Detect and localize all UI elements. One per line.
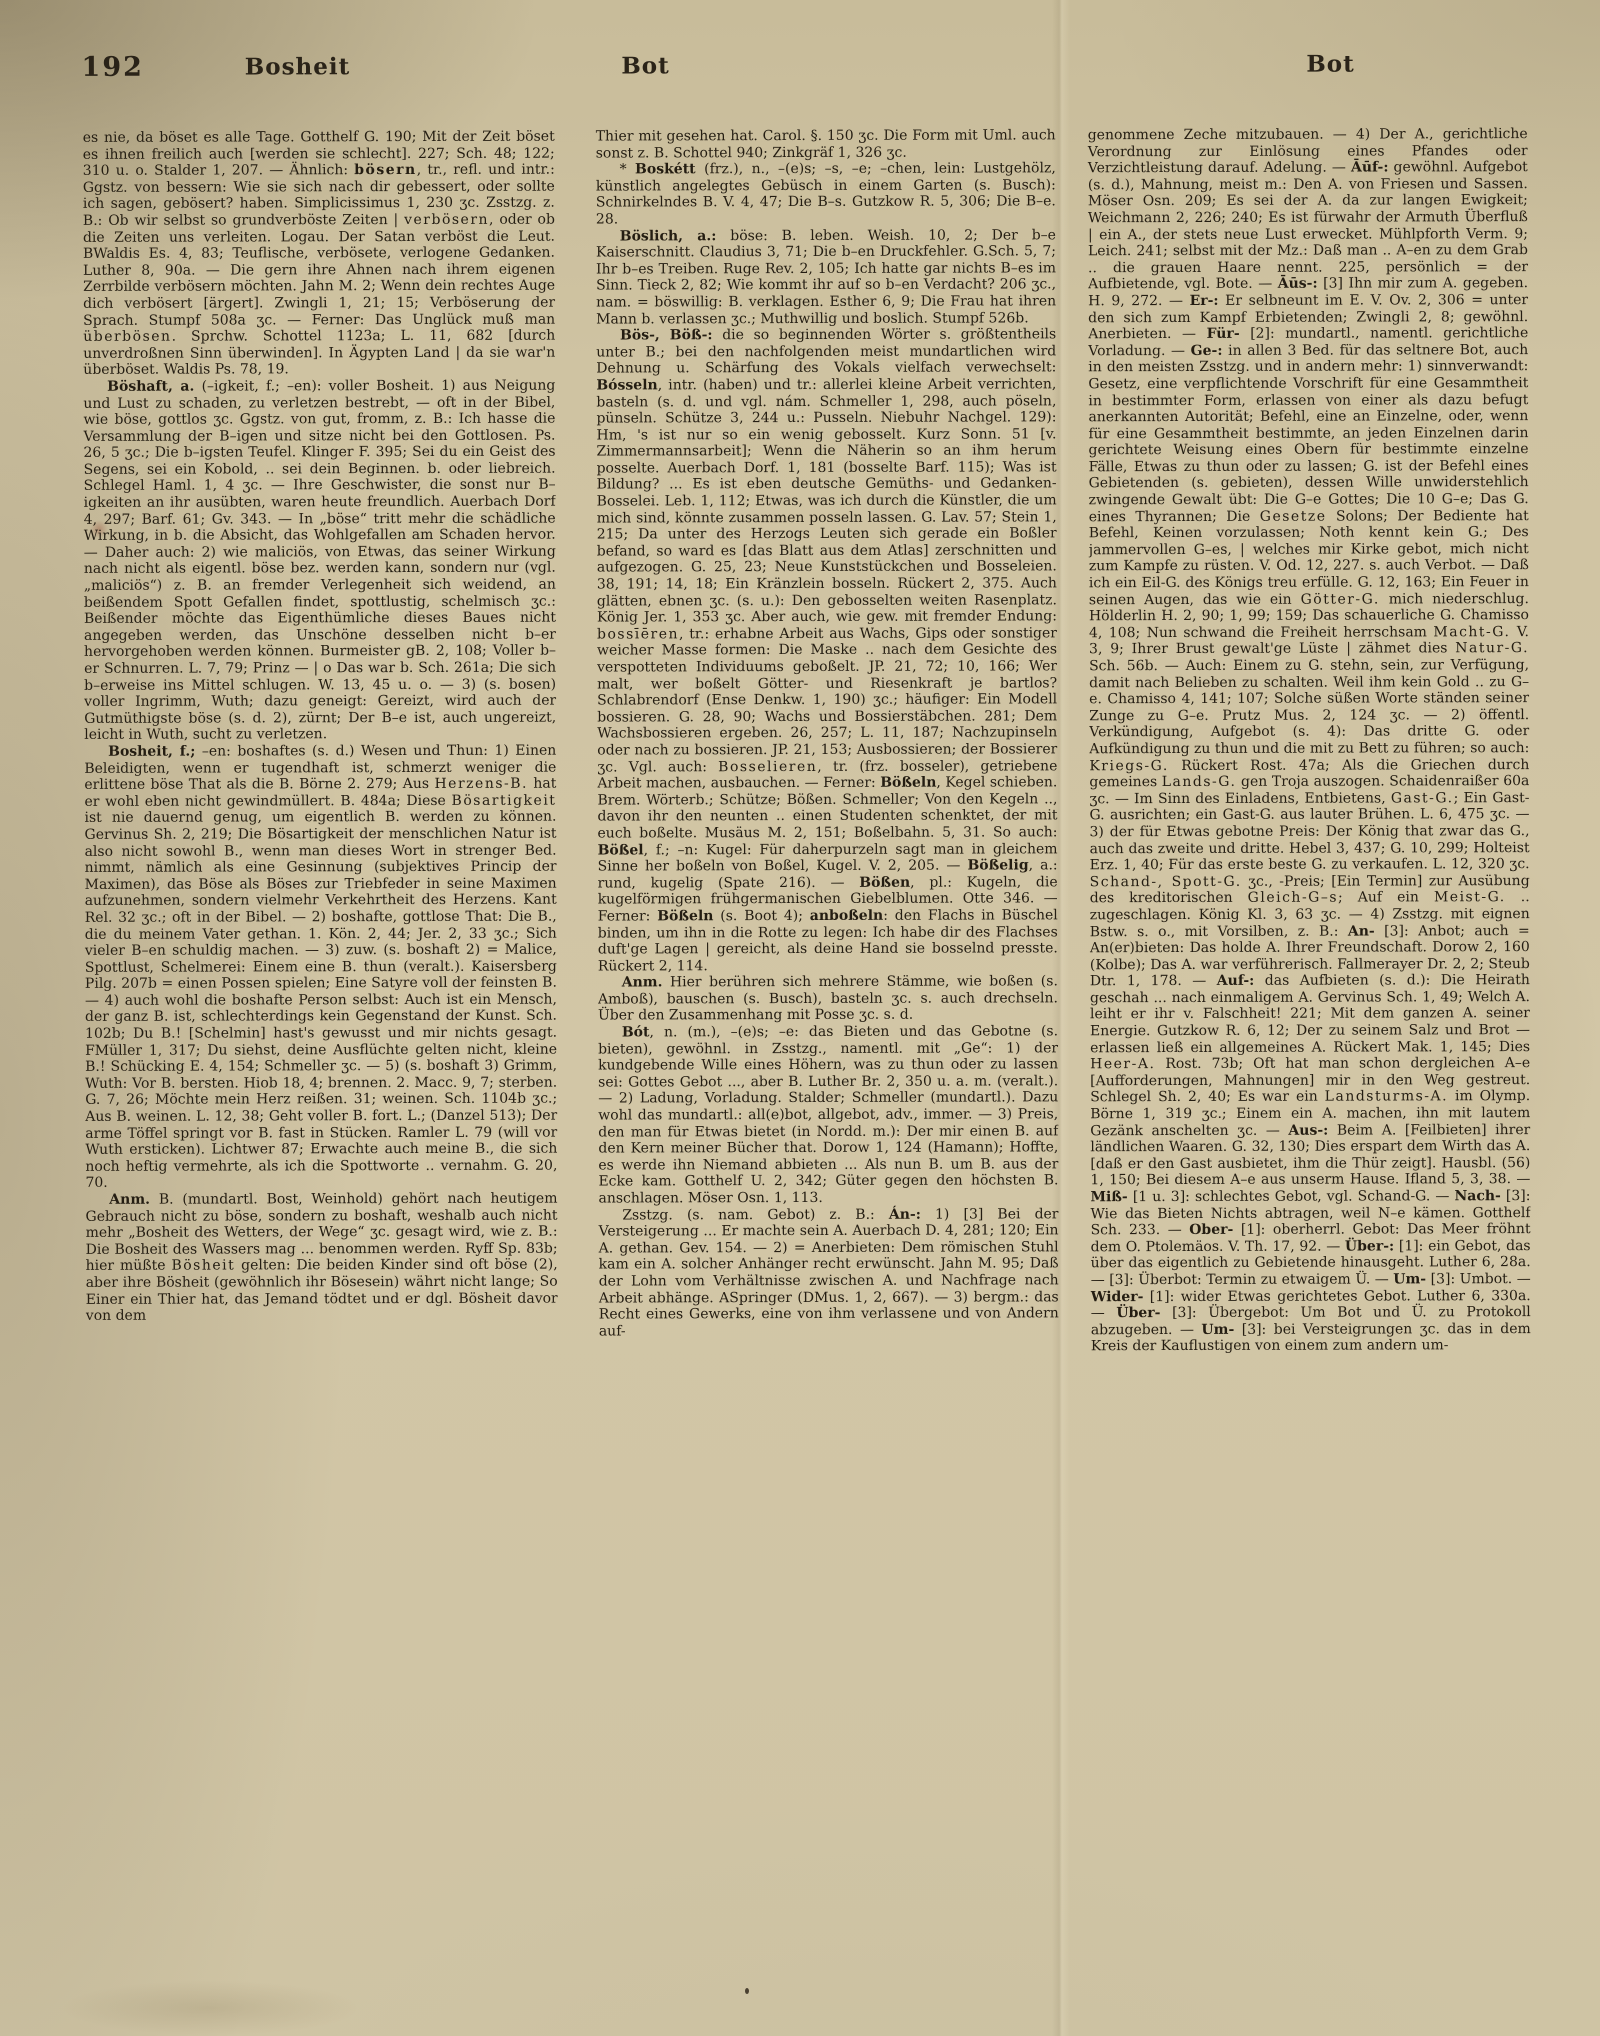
entry-text: Landsturms-A.	[1325, 1089, 1448, 1105]
dictionary-paragraph: Anm. B. (mundartl. Bost, Weinhold) gehör…	[85, 1191, 557, 1325]
entry-headword: Án-:	[889, 1206, 921, 1222]
entry-text: verbösern	[404, 212, 489, 228]
entry-headword: Um-	[1393, 1271, 1426, 1287]
dictionary-paragraph: Böshaft, a. (–igkeit, f.; –en): voller B…	[83, 378, 556, 744]
entry-text: Bösartigkeit	[452, 792, 557, 808]
entry-text: gewöhnl. Aufgebot (s. d.), Mahnung, meis…	[1088, 159, 1528, 292]
ink-speck	[745, 1988, 749, 1994]
entry-text: Gesetze	[1260, 508, 1327, 524]
entry-headword: Ober-	[1189, 1222, 1233, 1238]
entry-headword: Āūs-:	[1278, 276, 1318, 292]
entry-headword: Bößen	[859, 874, 910, 890]
dictionary-paragraph: Thier mit gesehen hat. Carol. §. 150 ʒc.…	[596, 127, 1056, 161]
entry-text: , n. (m.), –(e)s; –e: das Bieten und das…	[598, 1023, 1058, 1206]
dictionary-paragraph: Böslich, a.: böse: B. leben. Weish. 10, …	[596, 227, 1056, 328]
entry-headword: Āūf-:	[1351, 160, 1389, 176]
entry-text: Götter-G.	[1301, 591, 1380, 607]
entry-headword: Bößeln	[657, 908, 713, 924]
entry-headword: Über-:	[1345, 1238, 1394, 1254]
entry-text: Herzens-B.	[434, 776, 528, 792]
dictionary-paragraph: genommene Zeche mitzubauen. — 4) Der A.,…	[1088, 126, 1531, 1355]
entry-headword: Er-:	[1190, 293, 1219, 309]
entry-headword: Für-	[1207, 326, 1240, 342]
entry-text: , tr.: erhabne Arbeit aus Wachs, Gips od…	[597, 625, 1057, 775]
entry-text: bossīēren	[597, 626, 679, 642]
entry-headword: Auf-:	[1217, 973, 1255, 989]
dictionary-paragraph: * Boskétt (frz.), n., –(e)s; –s, –e; –ch…	[596, 161, 1056, 229]
entry-text: Sch. 56b. — Auch: Einem zu G. stehn, sei…	[1089, 657, 1529, 757]
entry-text: Meist-G.	[1434, 889, 1506, 905]
entry-text: , oder ob die Zeiten uns verleiten. Loga…	[83, 212, 555, 329]
entry-headword: Bosheit, f.;	[108, 744, 195, 760]
entry-headword: Anm.	[109, 1192, 150, 1208]
dictionary-paragraph: Anm. Hier berühren sich mehrere Stämme, …	[598, 974, 1058, 1025]
running-head-column-2: Bot	[621, 52, 669, 79]
entry-text: Bosselieren	[718, 759, 817, 775]
entry-text: Gleich-G–s	[1248, 890, 1338, 906]
entry-headword: Bößelig	[967, 858, 1028, 874]
entry-headword: Über-	[1116, 1305, 1160, 1321]
entry-text: *	[620, 162, 636, 178]
entry-text: Lands-G.	[1162, 774, 1237, 790]
entry-text: Natur-G.	[1455, 640, 1529, 656]
entry-headword: Böslich, a.:	[620, 228, 717, 244]
entry-text: ist nie dauernd genug, um eigentlich B. …	[84, 809, 557, 1191]
entry-headword: An-	[1348, 923, 1375, 939]
entry-text: (s. Boot 4);	[713, 908, 809, 924]
entry-headword: Bößel	[598, 842, 644, 858]
entry-text: 1) [3] Bei der Versteigerung ... Er mach…	[599, 1206, 1059, 1339]
entry-headword: Miß-	[1090, 1189, 1127, 1205]
entry-text: (–igkeit, f.; –en): voller Bosheit. 1) a…	[83, 378, 556, 744]
entry-headword: Aus-:	[1288, 1122, 1328, 1138]
entry-text: ; Auf ein	[1338, 890, 1434, 906]
entry-text: Bösheit	[171, 1258, 235, 1274]
text-column-1: es nie, da böset es alle Tage. Gotthelf …	[83, 129, 560, 2010]
running-head-column-1: Bosheit	[245, 53, 351, 80]
entry-headword: Böshaft, a.	[107, 378, 194, 394]
entry-text: Thier mit gesehen hat. Carol. §. 150 ʒc.…	[596, 127, 1056, 161]
dictionary-paragraph: Bót, n. (m.), –(e)s; –e: das Bieten und …	[598, 1023, 1058, 1207]
entry-text: Schand-, Spott-G.	[1090, 874, 1242, 890]
page-number: 192	[81, 52, 143, 83]
entry-text: in allen 3 Bed. für das seltnere Bot, au…	[1088, 342, 1528, 525]
dictionary-paragraph: Zsstzg. (s. nam. Gebot) z. B.: Án-: 1) […	[598, 1206, 1058, 1340]
entry-headword: Bót	[622, 1024, 650, 1040]
entry-text: überbösen	[83, 329, 171, 345]
page-content: 192 Bosheit Bot Bot es nie, da böset es …	[0, 0, 1600, 2036]
entry-headword: Bósseln	[596, 377, 657, 393]
entry-headword: anboßeln	[810, 908, 883, 924]
entry-text: [3]: Umbot. —	[1426, 1271, 1531, 1287]
entry-headword: Ge-:	[1191, 343, 1223, 359]
entry-text: Zsstzg. (s. nam. Gebot) z. B.:	[622, 1206, 889, 1223]
entry-headword: Anm.	[622, 975, 663, 991]
entry-text: Macht-G.	[1433, 624, 1510, 640]
entry-headword: Bös-, Böß-:	[620, 327, 713, 343]
entry-text: , intr. (haben) und tr.: allerlei kleine…	[596, 376, 1057, 626]
dictionary-paragraph: Bosheit, f.; –en: boshaftes (s. d.) Wese…	[84, 743, 557, 1192]
running-head-column-3: Bot	[1306, 51, 1354, 78]
dictionary-paragraph: Bös-, Böß-: die so beginnenden Wörter s.…	[596, 326, 1058, 974]
entry-text: Kriegs-G.	[1089, 758, 1168, 774]
entry-text: Hier berühren sich mehrere Stämme, wie b…	[598, 974, 1058, 1024]
entry-headword: Wider-	[1091, 1289, 1144, 1305]
text-column-2: Thier mit gesehen hat. Carol. §. 150 ʒc.…	[596, 127, 1061, 2008]
entry-headword: Boskétt	[635, 161, 696, 177]
entry-headword: bösern	[354, 162, 417, 178]
entry-text: [1 u. 3]: schlechtes Gebot, vgl. Schand-…	[1128, 1188, 1455, 1205]
entry-headword: Bößeln	[880, 775, 936, 791]
entry-text: Gast-G.	[1391, 790, 1454, 806]
entry-headword: Nach-	[1454, 1188, 1500, 1204]
entry-headword: Um-	[1201, 1322, 1234, 1338]
text-column-3: genommene Zeche mitzubauen. — 4) Der A.,…	[1088, 126, 1533, 2007]
entry-text: Heer-A.	[1090, 1056, 1155, 1072]
dictionary-paragraph: es nie, da böset es alle Tage. Gotthelf …	[83, 129, 556, 379]
